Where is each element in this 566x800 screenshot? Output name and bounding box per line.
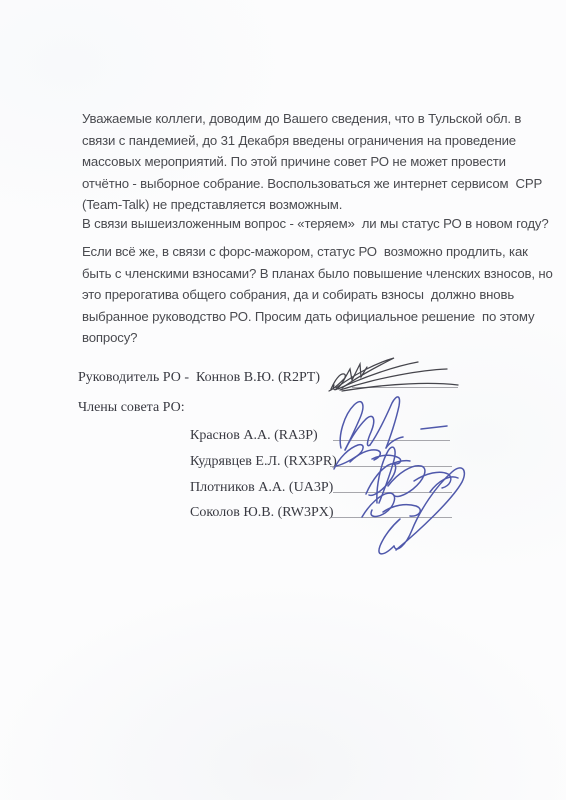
signature-krasnov-ink <box>340 397 447 450</box>
paragraph-line: связи с пандемией, до 31 Декабря введены… <box>82 130 542 152</box>
signature-line-member-1 <box>333 440 450 441</box>
signature-line-head <box>352 387 458 388</box>
members-heading: Члены совета РО: <box>78 399 185 417</box>
paragraph-line: быть с членскими взносами? В планах было… <box>82 263 553 285</box>
signature-sokolov-ink <box>362 468 464 554</box>
head-signatory-label: Руководитель РО - Коннов В.Ю. (R2PT) <box>78 369 320 387</box>
member-signatory-label: Кудрявцев Е.Л. (RX3PR) <box>190 453 337 471</box>
paragraph-3: Если всё же, в связи с форс-мажором, ста… <box>82 241 553 349</box>
paragraph-line: вопросу? <box>82 327 553 349</box>
paragraph-line: это прерогатива общего собрания, да и со… <box>82 284 553 306</box>
paragraph-line: Уважаемые коллеги, доводим до Вашего све… <box>82 108 542 130</box>
signature-line-member-3 <box>333 492 452 493</box>
member-signatory-label: Краснов А.А. (RA3P) <box>190 427 318 445</box>
paragraph-line: массовых мероприятий. По этой причине со… <box>82 151 542 173</box>
member-signatures-ink <box>334 397 464 554</box>
signature-line-member-2 <box>330 466 452 467</box>
member-signatory-label: Плотников А.А. (UA3P) <box>190 479 333 497</box>
paragraph-line: выбранное руководство РО. Просим дать оф… <box>82 306 553 328</box>
paragraph-2: В связи вышеизложенным вопрос - «теряем»… <box>82 213 549 235</box>
paragraph-line: В связи вышеизложенным вопрос - «теряем»… <box>82 213 549 235</box>
paragraph-1: Уважаемые коллеги, доводим до Вашего све… <box>82 108 542 216</box>
paragraph-line: Если всё же, в связи с форс-мажором, ста… <box>82 241 553 263</box>
member-signatory-label: Соколов Ю.В. (RW3PX) <box>190 504 334 522</box>
signature-plotnikov-ink <box>366 447 451 503</box>
document-page: Уважаемые коллеги, доводим до Вашего све… <box>0 0 566 800</box>
signature-line-member-4 <box>330 517 452 518</box>
paragraph-line: отчётно - выборное собрание. Воспользова… <box>82 173 542 195</box>
